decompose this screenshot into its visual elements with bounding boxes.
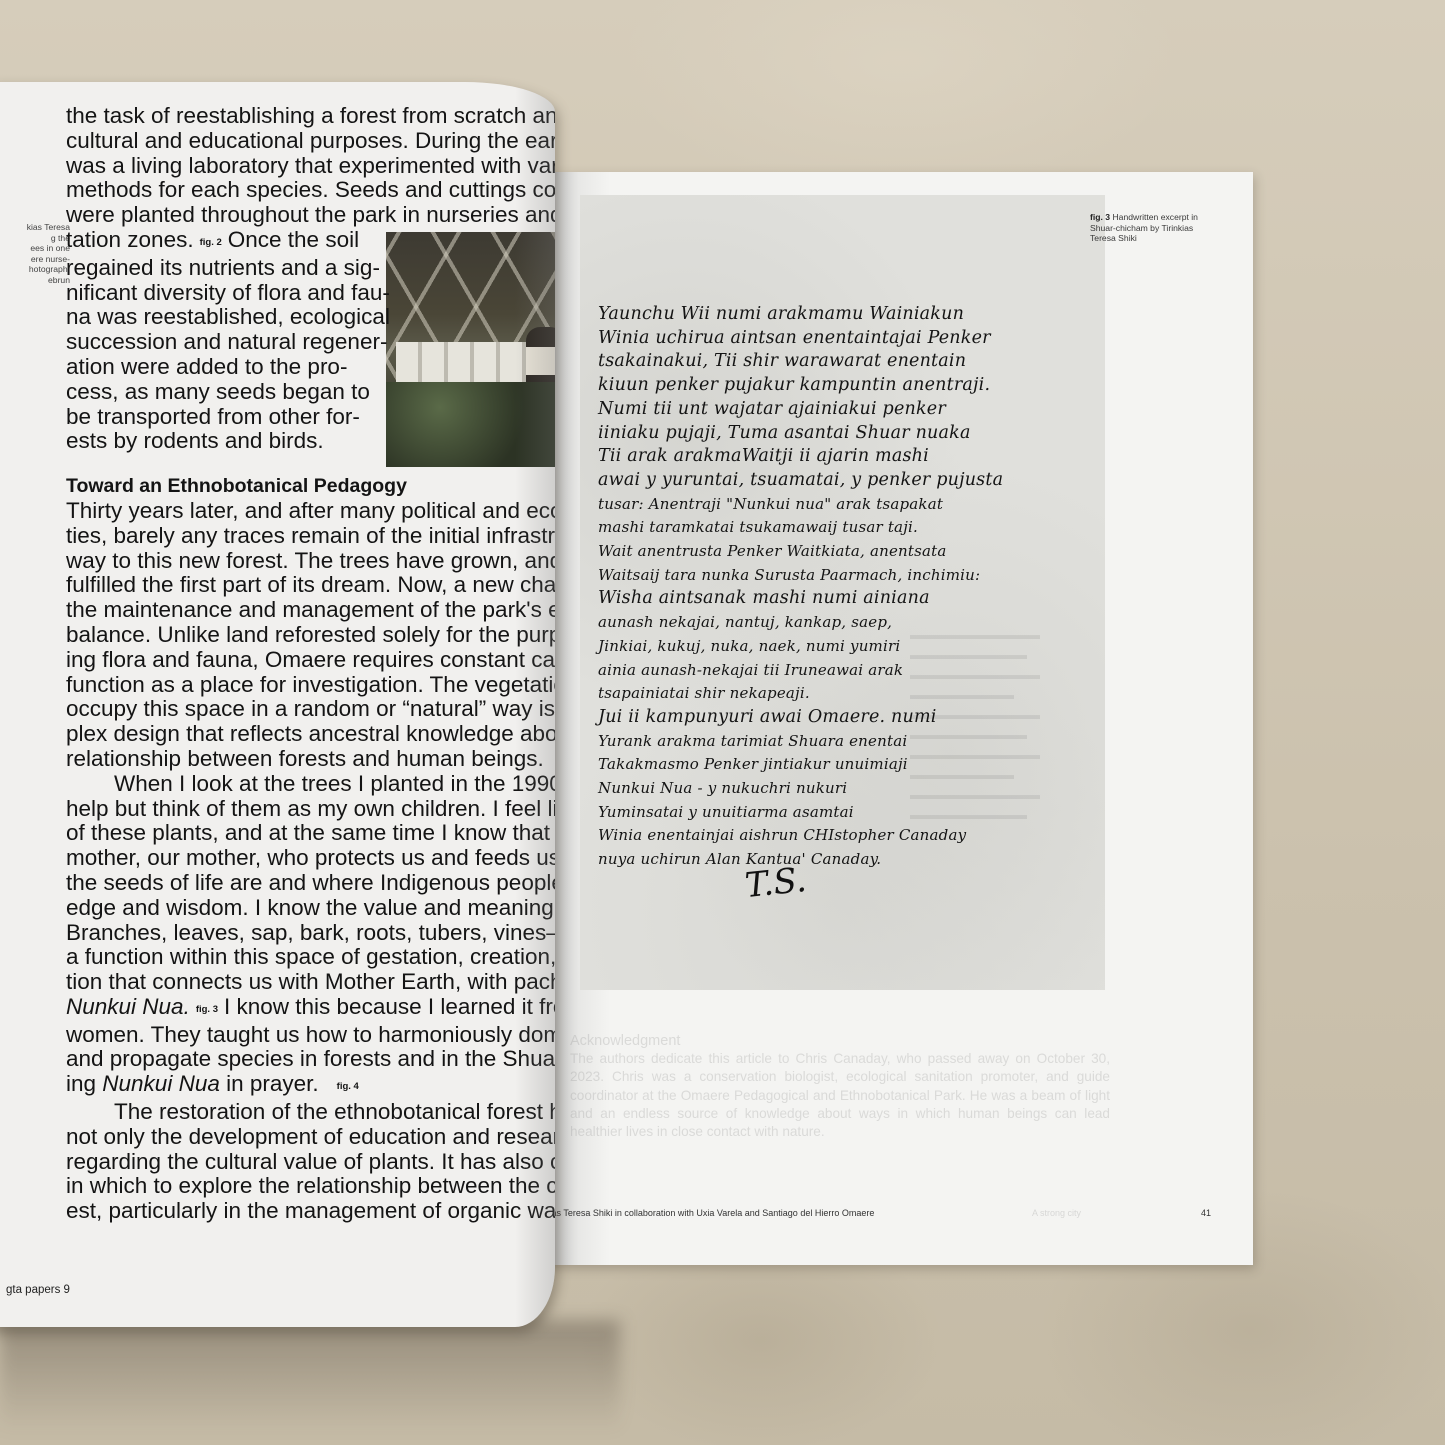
handwritten-line: awai y yuruntai, tsuamatai, y penker puj… — [598, 469, 1098, 493]
text-line: methods for each species. Seeds and cutt… — [66, 178, 555, 203]
figure-caption: fig. 3 Handwritten excerpt in Shuar-chic… — [1090, 212, 1200, 244]
text-line: na was reestablished, ecological — [66, 305, 555, 330]
text-line: regained its nutrients and a sig- — [66, 256, 555, 281]
text-line: edge and wisdom. I know the value and me… — [66, 896, 555, 921]
text-line: When I look at the trees I planted in th… — [66, 772, 555, 797]
text-line: ests by rodents and birds. — [66, 429, 555, 454]
handwritten-line: Wait anentrusta Penker Waitkiata, anents… — [598, 540, 1098, 564]
text-line: ing flora and fauna, Omaere requires con… — [66, 648, 555, 673]
caption-line: kias Teresa — [27, 222, 70, 232]
handwritten-text: Yaunchu Wii numi arakmamu Wainiakun Wini… — [598, 303, 1098, 872]
text-line: the maintenance and management of the pa… — [66, 598, 555, 623]
handwritten-line: ainia aunash-nekajai tii Iruneawai arak — [598, 659, 1098, 683]
figure-caption-margin: kias Teresa g the ees in one ere nurse- … — [0, 222, 70, 286]
text-span: ing — [66, 1071, 102, 1096]
handwritten-line: Yuminsatai y unuitiarma asamtai — [598, 801, 1098, 825]
acknowledgment-title: Acknowledgment — [570, 1032, 1110, 1050]
text-line: tation zones.fig. 2Once the soil — [66, 228, 555, 256]
text-line: be transported from other for- — [66, 405, 555, 430]
handwritten-line: tsakainakui, Tii shir warawarat enentain — [598, 350, 1098, 374]
left-page: kias Teresa g the ees in one ere nurse- … — [0, 82, 555, 1327]
text-line: ties, barely any traces remain of the in… — [66, 524, 555, 549]
text-line: Branches, leaves, sap, bark, roots, tube… — [66, 921, 555, 946]
text-line: mother, our mother, who protects us and … — [66, 846, 555, 871]
italic-term: Nunkui Nua. — [66, 994, 190, 1019]
figure-reference: fig. 4 — [337, 1081, 359, 1092]
text-line: help but think of them as my own childre… — [66, 797, 555, 822]
text-line: est, particularly in the management of o… — [66, 1199, 555, 1224]
text-line: balance. Unlike land reforested solely f… — [66, 623, 555, 648]
text-line: cess, as many seeds began to — [66, 380, 555, 405]
handwritten-line: nuya uchirun Alan Kantua' Canaday. — [598, 848, 1098, 872]
figure-label: fig. 3 — [1090, 212, 1110, 222]
text-line: relationship between forests and human b… — [66, 747, 555, 772]
text-line: ing Nunkui Nua in prayer.fig. 4 — [66, 1072, 555, 1100]
text-line: was a living laboratory that experimente… — [66, 154, 555, 179]
handwritten-line: Nunkui Nua - y nukuchri nukuri — [598, 777, 1098, 801]
italic-term: Nunkui Nua — [102, 1071, 220, 1096]
right-page: ▬▬▬▬▬▬▬▬▬▬▬▬▬▬▬▬▬▬▬▬▬▬▬▬▬▬▬▬▬▬▬▬▬▬▬▬▬▬▬▬… — [540, 172, 1253, 1265]
section-heading: Toward an Ethnobotanical Pedagogy — [66, 474, 555, 499]
text-line: in which to explore the relationship bet… — [66, 1174, 555, 1199]
figure-reference: fig. 2 — [200, 237, 222, 248]
text-line: the task of reestablishing a forest from… — [66, 104, 555, 129]
handwritten-line: Numi tii unt wajatar ajainiakui penker — [598, 398, 1098, 422]
body-text-column: the task of reestablishing a forest from… — [66, 104, 555, 1224]
text-line: not only the development of education an… — [66, 1125, 555, 1150]
text-line: succession and natural regener- — [66, 330, 555, 355]
text-line: cultural and educational purposes. Durin… — [66, 129, 555, 154]
text-line: women. They taught us how to harmoniousl… — [66, 1023, 555, 1048]
text-line: Nunkui Nua.fig. 3I know this because I l… — [66, 995, 555, 1023]
text-span: Once the soil — [228, 227, 359, 252]
text-line: of these plants, and at the same time I … — [66, 821, 555, 846]
handwritten-line: Yurank arakma tarimiat Shuara enentai — [598, 730, 1098, 754]
handwritten-line: Wisha aintsanak mashi numi ainiana — [598, 587, 1098, 611]
acknowledgment-show-through: Acknowledgment The authors dedicate this… — [570, 1032, 1110, 1141]
person-figure — [526, 327, 555, 407]
handwritten-line: Winia uchirua aintsan enentaintajai Penk… — [598, 327, 1098, 351]
running-footer: nkias Teresa Shiki in collaboration with… — [540, 1208, 1240, 1224]
caption-line: ees in one — [30, 243, 70, 253]
text-line: fulfilled the first part of its dream. N… — [66, 573, 555, 598]
text-span: in prayer. — [220, 1071, 319, 1096]
text-line: and propagate species in forests and in … — [66, 1047, 555, 1072]
handwritten-line: Winia enentainjai aishrun CHIstopher Can… — [598, 824, 1098, 848]
page-number: 41 — [1201, 1208, 1211, 1218]
text-line: nificant diversity of flora and fau- — [66, 281, 555, 306]
handwritten-line: tsapainiatai shir nekapeaji. — [598, 682, 1098, 706]
handwritten-line: iiniaku pujaji, Tuma asantai Shuar nuaka — [598, 422, 1098, 446]
caption-line: hotograph: — [29, 264, 70, 274]
handwritten-line: aunash nekajai, nantuj, kankap, saep, — [598, 611, 1098, 635]
figure-reference: fig. 3 — [196, 1004, 218, 1015]
handwritten-line: Yaunchu Wii numi arakmamu Wainiakun — [598, 303, 1098, 327]
text-line: a function within this space of gestatio… — [66, 945, 555, 970]
text-span: I know this because I learned it from o — [224, 994, 555, 1019]
text-line: way to this new forest. The trees have g… — [66, 549, 555, 574]
handwritten-line: mashi taramkatai tsukamawaij tusar taji. — [598, 516, 1098, 540]
handwritten-line: Waitsaij tara nunka Surusta Paarmach, in… — [598, 564, 1098, 588]
handwritten-line: Jinkiai, kukuj, nuka, naek, numi yumiri — [598, 635, 1098, 659]
handwritten-line: Tii arak arakmaWaitji ii ajarin mashi — [598, 445, 1098, 469]
text-line: Thirty years later, and after many polit… — [66, 499, 555, 524]
signature: T.S. — [743, 860, 808, 906]
text-span: tation zones. — [66, 227, 194, 252]
text-line: The restoration of the ethnobotanical fo… — [66, 1100, 555, 1125]
text-line: the seeds of life are and where Indigeno… — [66, 871, 555, 896]
text-line: tion that connects us with Mother Earth,… — [66, 970, 555, 995]
handwritten-line: Takakmasmo Penker jintiakur unuimiaji — [598, 753, 1098, 777]
text-line: function as a place for investigation. T… — [66, 673, 555, 698]
text-line: plex design that reflects ancestral know… — [66, 722, 555, 747]
handwritten-excerpt-image: ▬▬▬▬▬▬▬▬▬▬▬▬▬▬▬▬▬▬▬▬▬▬▬▬▬▬▬▬▬▬▬▬▬▬▬▬▬▬▬▬… — [580, 195, 1105, 990]
text-line: ation were added to the pro- — [66, 355, 555, 380]
page-shadow — [0, 1320, 620, 1445]
text-line: regarding the cultural value of plants. … — [66, 1150, 555, 1175]
caption-line: ere nurse- — [31, 254, 70, 264]
text-line: occupy this space in a random or “natura… — [66, 697, 555, 722]
show-through-footer: A strong city — [1032, 1208, 1081, 1218]
acknowledgment-text: The authors dedicate this article to Chr… — [570, 1051, 1110, 1139]
running-footer-text: nkias Teresa Shiki in collaboration with… — [540, 1208, 874, 1218]
handwritten-line: tusar: Anentraji "Nunkui nua" arak tsapa… — [598, 493, 1098, 517]
journal-footer: gta papers 9 — [6, 1284, 70, 1296]
text-line: were planted throughout the park in nurs… — [66, 203, 555, 228]
handwritten-line: kiuun penker pujakur kampuntin anentraji… — [598, 374, 1098, 398]
handwritten-line: Jui ii kampunyuri awai Omaere. numi — [598, 706, 1098, 730]
